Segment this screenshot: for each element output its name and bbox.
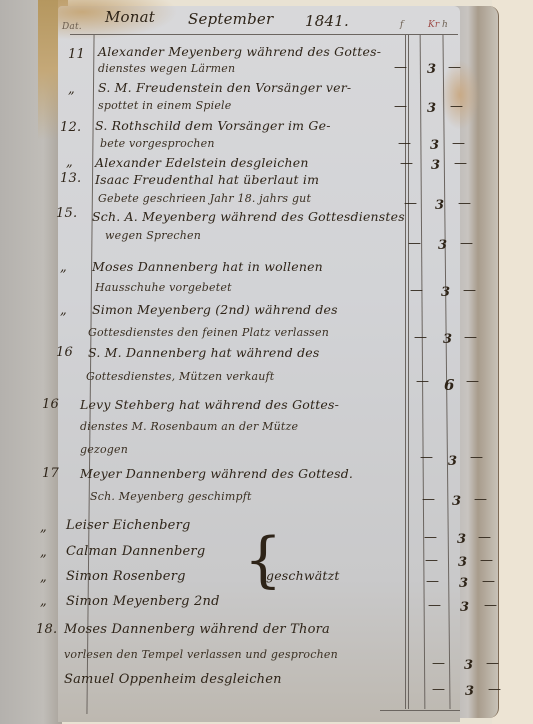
- trail-dash: —: [488, 682, 501, 697]
- entry-text: dienstes wegen Lärmen: [98, 62, 235, 75]
- currency-dash: —: [398, 136, 411, 151]
- currency-dash: —: [404, 196, 417, 211]
- entry-amount: 3: [460, 600, 469, 615]
- entry-date: „: [66, 155, 73, 170]
- entry-date: 16: [56, 345, 73, 360]
- entry-text: Alexander Edelstein desgleichen: [95, 155, 309, 170]
- entry-amount: 3: [465, 684, 474, 699]
- entry-amount: 3: [459, 576, 468, 591]
- entry-date: 13.: [60, 171, 81, 186]
- entry-date: „: [40, 570, 47, 585]
- trail-dash: —: [480, 553, 493, 568]
- entry-amount: 3: [458, 555, 467, 570]
- trail-dash: —: [464, 330, 477, 345]
- currency-dash: —: [408, 236, 421, 251]
- trail-dash: —: [486, 656, 499, 671]
- trail-dash: —: [474, 492, 487, 507]
- trail-dash: —: [460, 236, 473, 251]
- trail-dash: —: [484, 598, 497, 613]
- entry-date: „: [40, 545, 47, 560]
- trail-dash: —: [454, 156, 467, 171]
- entry-text: Gebete geschrieen Jahr 18. jahrs gut: [98, 192, 311, 205]
- entry-text: S. M. Dannenberg hat während des: [88, 345, 320, 360]
- entry-date: „: [40, 594, 47, 609]
- entry-text: S. Rothschild dem Vorsänger im Ge-: [95, 118, 331, 133]
- currency-dash: —: [400, 156, 413, 171]
- amount-header-heller: h: [442, 20, 448, 30]
- entry-amount: 3: [448, 454, 457, 469]
- currency-dash: —: [428, 598, 441, 613]
- group-name: Calman Dannenberg: [66, 544, 205, 559]
- currency-dash: —: [425, 553, 438, 568]
- amount-header-kreuzer: Kr: [428, 20, 439, 30]
- trail-dash: —: [482, 574, 495, 589]
- entry-text: Levy Stehberg hat während des Gottes-: [80, 397, 339, 412]
- entry-date: „: [40, 520, 47, 535]
- entry-date: 12.: [60, 120, 81, 135]
- currency-dash: —: [420, 450, 433, 465]
- trail-dash: —: [448, 60, 461, 75]
- entry-amount: 3: [431, 158, 440, 173]
- currency-dash: —: [414, 330, 427, 345]
- currency-dash: —: [410, 283, 423, 298]
- footer-rule: [380, 710, 460, 711]
- entry-text: Gottesdienstes den feinen Platz verlasse…: [88, 326, 329, 339]
- amount-header-florin: f: [400, 20, 404, 30]
- group-name: Simon Meyenberg 2nd: [66, 594, 220, 609]
- currency-dash: —: [424, 530, 437, 545]
- entry-text: wegen Sprechen: [105, 229, 201, 242]
- entry-amount: 3: [427, 62, 436, 77]
- entry-text: Sch. Meyenberg geschimpft: [90, 490, 252, 503]
- month-name: September: [188, 10, 273, 28]
- month-label: Monat: [105, 8, 155, 26]
- entry-text: Alexander Meyenberg während des Gottes-: [98, 44, 381, 59]
- entry-amount: 3: [464, 658, 473, 673]
- trail-dash: —: [458, 196, 471, 211]
- entry-text: Simon Meyenberg (2nd) während des: [92, 302, 338, 317]
- currency-dash: —: [432, 682, 445, 697]
- year: 1841.: [305, 12, 349, 30]
- entry-date: „: [68, 82, 75, 97]
- trail-dash: —: [470, 450, 483, 465]
- group-name: Leiser Eichenberg: [66, 518, 191, 533]
- entry-amount: 6: [444, 376, 455, 394]
- entry-text: Moses Dannenberg hat in wollenen: [92, 259, 323, 274]
- entry-date: 18.: [36, 622, 57, 637]
- entry-text: Moses Dannenberg während der Thora: [64, 622, 330, 637]
- date-column-label: Dat.: [62, 22, 82, 32]
- entry-amount: 3: [438, 238, 447, 253]
- group-note: geschwätzt: [266, 568, 340, 583]
- entry-date: 11: [68, 47, 85, 62]
- entry-amount: 3: [427, 101, 436, 116]
- currency-dash: —: [394, 60, 407, 75]
- currency-dash: —: [422, 492, 435, 507]
- entry-text: Hausschuhe vorgebetet: [95, 281, 232, 294]
- entry-amount: 3: [452, 494, 461, 509]
- trail-dash: —: [466, 374, 479, 389]
- entry-text: vorlesen den Tempel verlassen und gespro…: [64, 648, 338, 661]
- entry-text: bete vorgesprochen: [100, 137, 215, 150]
- entry-date: 17: [42, 466, 59, 481]
- entry-text: Samuel Oppenheim desgleichen: [64, 672, 282, 687]
- entry-text: Isaac Freudenthal hat überlaut im: [95, 172, 319, 187]
- trail-dash: —: [478, 530, 491, 545]
- entry-date: 16: [42, 397, 59, 412]
- entry-date: „: [60, 260, 67, 275]
- entry-text: spottet in einem Spiele: [98, 99, 231, 112]
- trail-dash: —: [450, 99, 463, 114]
- entry-text: dienstes M. Rosenbaum an der Mütze: [80, 420, 298, 433]
- trail-dash: —: [463, 283, 476, 298]
- entry-text: Gottesdienstes, Mützen verkauft: [86, 370, 274, 383]
- trail-dash: —: [452, 136, 465, 151]
- entry-amount: 3: [443, 332, 452, 347]
- entry-text: Meyer Dannenberg während des Gottesd.: [80, 466, 353, 481]
- entry-text: gezogen: [80, 443, 128, 456]
- entry-text: S. M. Freudenstein den Vorsänger ver-: [98, 80, 351, 95]
- currency-dash: —: [426, 574, 439, 589]
- entry-amount: 3: [457, 532, 466, 547]
- header-rule: [70, 34, 458, 35]
- entry-amount: 3: [435, 198, 444, 213]
- entry-amount: 3: [430, 138, 439, 153]
- entry-amount: 3: [441, 285, 450, 300]
- entry-date: 15.: [56, 206, 77, 221]
- entry-text: Sch. A. Meyenberg während des Gottesdien…: [92, 209, 405, 224]
- currency-dash: —: [394, 99, 407, 114]
- currency-dash: —: [432, 656, 445, 671]
- currency-dash: —: [416, 374, 429, 389]
- entry-date: „: [60, 303, 67, 318]
- group-name: Simon Rosenberg: [66, 569, 186, 584]
